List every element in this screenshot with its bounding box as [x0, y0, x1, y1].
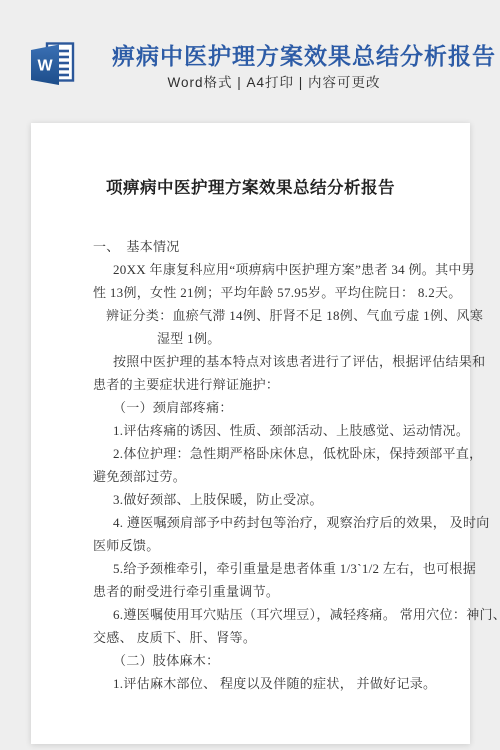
doc-line: 避免颈部过劳。	[93, 465, 444, 488]
doc-line: 6.遵医嘱使用耳穴贴压（耳穴埋豆），减轻疼痛。 常用穴位：神门、	[113, 603, 444, 626]
word-w-letter: W	[37, 58, 53, 75]
doc-line: 患者的主要症状进行辩证施护：	[93, 373, 444, 396]
document-title: 项痹病中医护理方案效果总结分析报告	[31, 123, 470, 199]
page-title: 痹病中医护理方案效果总结分析报告	[112, 42, 436, 70]
doc-line: 3.做好颈部、上肢保暖，防止受凉。	[113, 488, 444, 511]
word-icon: W	[29, 41, 76, 86]
doc-line: 4. 遵医嘱颈肩部予中药封包等治疗，观察治疗后的效果， 及时向	[113, 511, 444, 534]
document-preview-page: 项痹病中医护理方案效果总结分析报告 一、 基本情况 20XX 年康复科应用“项痹…	[31, 123, 470, 744]
doc-line: 1.评估疼痛的诱因、性质、颈部活动、上肢感觉、运动情况。	[113, 419, 444, 442]
doc-line: 辨证分类：血瘀气滞 14例、肝肾不足 18例、气血亏虚 1例、风寒	[106, 304, 444, 327]
header: W 痹病中医护理方案效果总结分析报告 Word格式 | A4打印 | 内容可更改	[0, 0, 500, 123]
doc-line-subheading: （二）肢体麻木：	[113, 649, 444, 672]
doc-line: 交感、 皮质下、肝、肾等。	[93, 626, 444, 649]
document-body: 一、 基本情况 20XX 年康复科应用“项痹病中医护理方案”患者 34 例。其中…	[31, 235, 470, 695]
doc-line: 1.评估麻木部位、 程度以及伴随的症状， 并做好记录。	[113, 672, 444, 695]
doc-line: 2.体位护理：急性期严格卧床休息，低枕卧床，保持颈部平直，	[113, 442, 444, 465]
header-text-block: 痹病中医护理方案效果总结分析报告 Word格式 | A4打印 | 内容可更改	[112, 42, 436, 92]
doc-line-subheading: （一）颈肩部疼痛：	[113, 396, 444, 419]
doc-line-heading-1: 一、 基本情况	[93, 235, 444, 258]
doc-line: 性 13例，女性 21例；平均年龄 57.95岁。平均住院日： 8.2天。	[93, 281, 444, 304]
doc-line: 医师反馈。	[93, 534, 444, 557]
doc-line: 按照中医护理的基本特点对该患者进行了评估，根据评估结果和	[113, 350, 444, 373]
doc-line: 5.给予颈椎牵引，牵引重量是患者体重 1/3`1/2 左右，也可根据	[113, 557, 444, 580]
page-background: W 痹病中医护理方案效果总结分析报告 Word格式 | A4打印 | 内容可更改…	[0, 0, 500, 750]
doc-line: 湿型 1例。	[157, 327, 444, 350]
page-subtitle: Word格式 | A4打印 | 内容可更改	[112, 74, 436, 92]
doc-line: 20XX 年康复科应用“项痹病中医护理方案”患者 34 例。其中男	[113, 258, 444, 281]
doc-line: 患者的耐受进行牵引重量调节。	[93, 580, 444, 603]
